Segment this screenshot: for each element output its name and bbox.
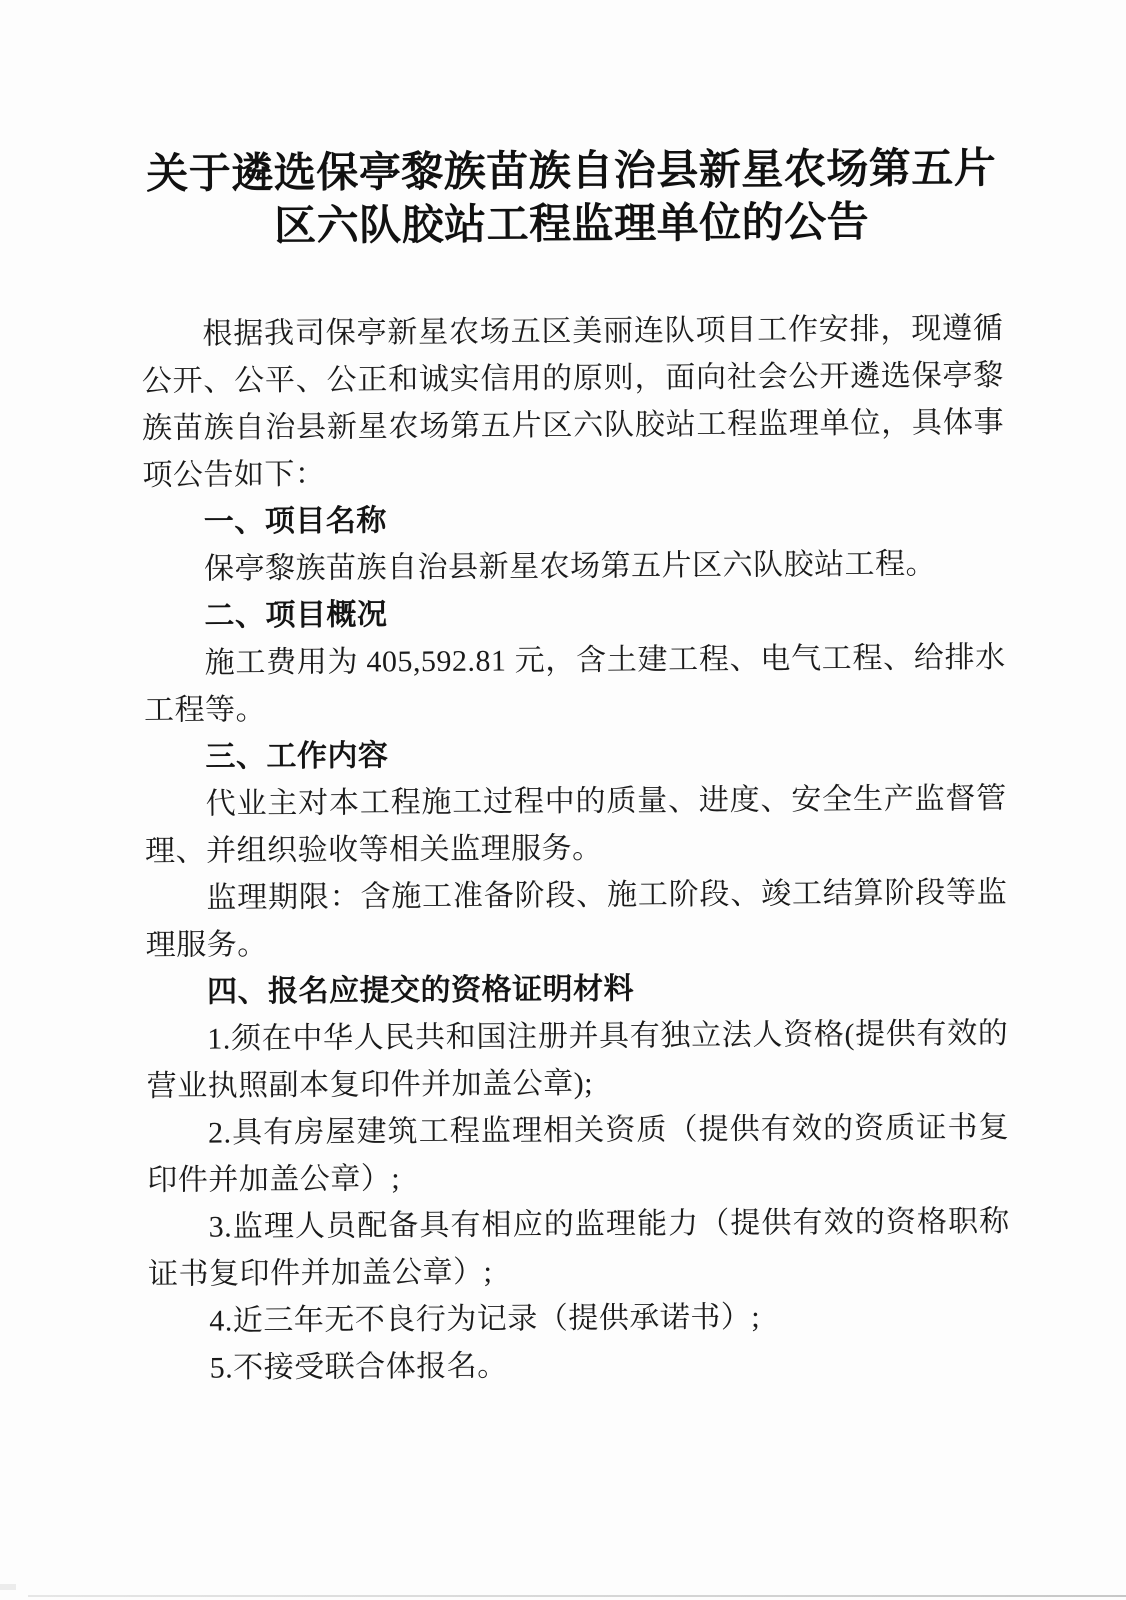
scan-artifact-corner-mark <box>0 1584 16 1590</box>
section-heading-project-name: 一、项目名称 <box>143 493 1005 546</box>
scan-artifact-bottom-edge <box>28 1595 1126 1597</box>
project-overview-paragraph: 施工费用为 405,592.81 元，含土建工程、电气工程、给排水工程等。 <box>144 634 1007 734</box>
qualification-item-3: 3.监理人员配备具有相应的监理能力（提供有效的资格职称证书复印件并加盖公章）; <box>148 1198 1011 1298</box>
section-heading-qualification-materials: 四、报名应提交的资格证明材料 <box>146 963 1008 1016</box>
scanned-announcement-page: 关于遴选保亭黎族苗族自治县新星农场第五片区六队胶站工程监理单位的公告 根据我司保… <box>0 0 1126 1600</box>
section-heading-work-content: 三、工作内容 <box>144 728 1006 781</box>
document-content: 关于遴选保亭黎族苗族自治县新星农场第五片区六队胶站工程监理单位的公告 根据我司保… <box>139 0 1011 1392</box>
qualification-item-4: 4.近三年无不良行为记录（提供承诺书）; <box>148 1292 1010 1345</box>
project-name-paragraph: 保亭黎族苗族自治县新星农场第五片区六队胶站工程。 <box>143 540 1005 593</box>
qualification-item-1: 1.须在中华人民共和国注册并具有独立法人资格(提供有效的营业执照副本复印件并加盖… <box>146 1010 1009 1110</box>
section-heading-project-overview: 二、项目概况 <box>143 587 1005 640</box>
supervision-period-paragraph: 监理期限：含施工准备阶段、施工阶段、竣工结算阶段等监理服务。 <box>145 869 1008 969</box>
qualification-item-5: 5.不接受联合体报名。 <box>149 1339 1011 1392</box>
document-title: 关于遴选保亭黎族苗族自治县新星农场第五片区六队胶站工程监理单位的公告 <box>140 143 1003 255</box>
work-content-paragraph: 代业主对本工程施工过程中的质量、进度、安全生产监督管理、并组织验收等相关监理服务… <box>145 775 1008 875</box>
qualification-item-2: 2.具有房屋建筑工程监理相关资质（提供有效的资质证书复印件并加盖公章）; <box>147 1104 1010 1204</box>
intro-paragraph: 根据我司保亭新星农场五区美丽连队项目工作安排，现遵循公开、公平、公正和诚实信用的… <box>141 305 1004 499</box>
